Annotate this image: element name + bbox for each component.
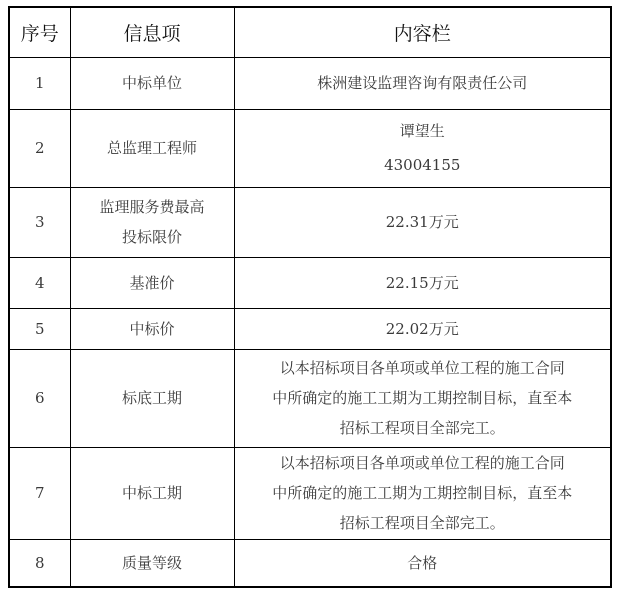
engineer-cert-number: 43004155 <box>239 148 607 182</box>
content-cell: 22.02万元 <box>234 308 611 349</box>
content-cell: 谭望生 43004155 <box>234 109 611 187</box>
item-cell: 质量等级 <box>70 539 234 587</box>
row-number: 3 <box>9 187 70 257</box>
content-line-1: 以本招标项目各单项或单位工程的施工合同 <box>239 353 607 383</box>
item-label: 中标单位 <box>75 68 230 98</box>
row-number: 2 <box>9 109 70 187</box>
row-number: 4 <box>9 257 70 308</box>
row-number: 5 <box>9 308 70 349</box>
item-label: 中标工期 <box>75 478 230 508</box>
header-row: 序号 信息项 内容栏 <box>9 7 611 57</box>
row-number: 8 <box>9 539 70 587</box>
content-line-2: 中所确定的施工工期为工期控制目标，直至本 <box>239 478 607 508</box>
item-label: 基准价 <box>75 268 230 298</box>
table-row: 8 质量等级 合格 <box>9 539 611 587</box>
header-content: 内容栏 <box>234 7 611 57</box>
table-row: 7 中标工期 以本招标项目各单项或单位工程的施工合同 中所确定的施工工期为工期控… <box>9 447 611 539</box>
table-row: 1 中标单位 株洲建设监理咨询有限责任公司 <box>9 57 611 109</box>
item-cell: 中标价 <box>70 308 234 349</box>
content-line-3: 招标工程项目全部完工。 <box>239 508 607 538</box>
content-text: 株洲建设监理咨询有限责任公司 <box>239 68 607 98</box>
item-label: 总监理工程师 <box>75 133 230 163</box>
item-label: 中标价 <box>75 314 230 344</box>
content-text: 合格 <box>239 548 607 578</box>
content-cell: 22.31万元 <box>234 187 611 257</box>
row-number: 6 <box>9 349 70 447</box>
item-label: 质量等级 <box>75 548 230 578</box>
table-row: 5 中标价 22.02万元 <box>9 308 611 349</box>
content-line-2: 中所确定的施工工期为工期控制目标，直至本 <box>239 383 607 413</box>
content-text: 22.15万元 <box>239 268 607 298</box>
table-row: 4 基准价 22.15万元 <box>9 257 611 308</box>
item-label-line-2: 投标限价 <box>75 222 230 252</box>
row-number: 7 <box>9 447 70 539</box>
item-cell: 总监理工程师 <box>70 109 234 187</box>
content-line-1: 以本招标项目各单项或单位工程的施工合同 <box>239 448 607 478</box>
table-row: 3 监理服务费最高 投标限价 22.31万元 <box>9 187 611 257</box>
content-text: 22.31万元 <box>239 207 607 237</box>
bid-result-table: 序号 信息项 内容栏 1 中标单位 株洲建设监理咨询有限责任公司 2 总监理工程… <box>8 6 612 588</box>
item-cell: 监理服务费最高 投标限价 <box>70 187 234 257</box>
content-cell: 以本招标项目各单项或单位工程的施工合同 中所确定的施工工期为工期控制目标，直至本… <box>234 447 611 539</box>
content-cell: 以本招标项目各单项或单位工程的施工合同 中所确定的施工工期为工期控制目标，直至本… <box>234 349 611 447</box>
item-cell: 中标单位 <box>70 57 234 109</box>
engineer-name: 谭望生 <box>239 114 607 148</box>
content-cell: 合格 <box>234 539 611 587</box>
header-no: 序号 <box>9 7 70 57</box>
content-cell: 22.15万元 <box>234 257 611 308</box>
item-label: 标底工期 <box>75 383 230 413</box>
item-label-line-1: 监理服务费最高 <box>75 192 230 222</box>
table-row: 6 标底工期 以本招标项目各单项或单位工程的施工合同 中所确定的施工工期为工期控… <box>9 349 611 447</box>
item-cell: 中标工期 <box>70 447 234 539</box>
content-text: 22.02万元 <box>239 314 607 344</box>
row-number: 1 <box>9 57 70 109</box>
header-item: 信息项 <box>70 7 234 57</box>
item-cell: 标底工期 <box>70 349 234 447</box>
item-cell: 基准价 <box>70 257 234 308</box>
table-row: 2 总监理工程师 谭望生 43004155 <box>9 109 611 187</box>
content-line-3: 招标工程项目全部完工。 <box>239 413 607 443</box>
content-cell: 株洲建设监理咨询有限责任公司 <box>234 57 611 109</box>
